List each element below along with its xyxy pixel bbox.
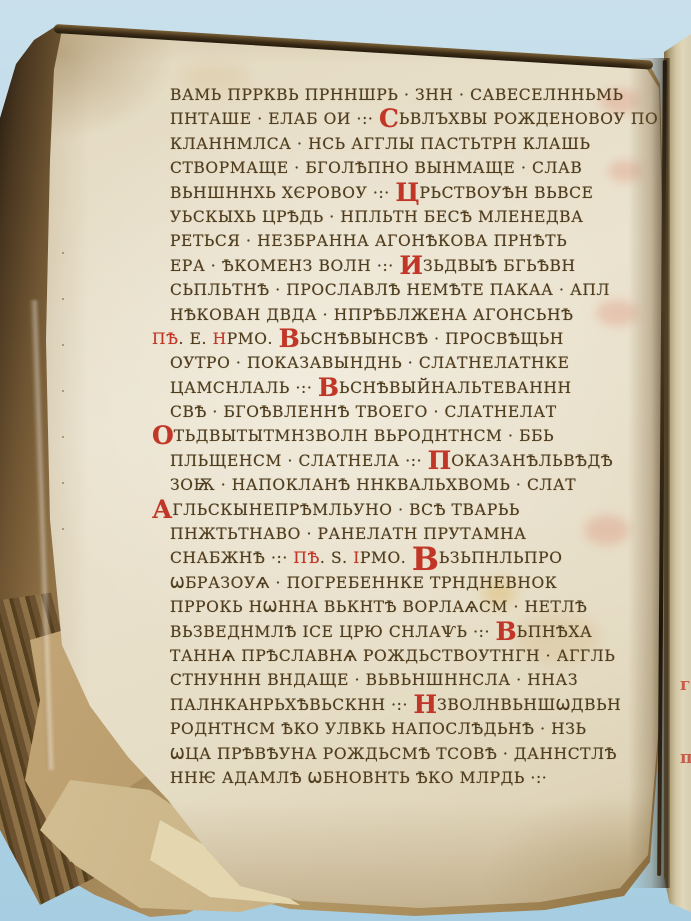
- manuscript-line: кланнмлса · нсь агглы пастьтрн клашь: [170, 132, 670, 156]
- manuscript-line: створмаще · бголѣпно вынмаще · слав: [170, 156, 670, 180]
- rubric-initial: С: [379, 104, 399, 133]
- manuscript-line: пррокь нѡнна вькнтѣ ворлаѧсм · нетлѣ: [170, 595, 670, 619]
- text-segment: . е.: [179, 330, 213, 348]
- text-segment: таннѧ прѣславнѧ рождьствоутнгн · аггль: [170, 647, 615, 665]
- manuscript-line: роднтнсм ѣко улвкь напослѣдьнѣ · нзь: [170, 717, 670, 741]
- manuscript-line: вамь пррквь прнншрь · знн · савеселнньмь: [170, 83, 670, 107]
- rubric-text: пѣ: [152, 330, 179, 348]
- text-segment: ѡбразоуѧ · погребеннке трндневнок: [170, 574, 557, 592]
- text-segment: пррокь нѡнна вькнтѣ ворлаѧсм · нетлѣ: [170, 598, 587, 616]
- text-segment: ьзьпнльпро: [439, 549, 563, 567]
- text-segment: оказанѣльвѣдѣ: [451, 452, 613, 470]
- rubric-text: н: [213, 330, 227, 348]
- text-segment: кланнмлса · нсь агглы пастьтрн клашь: [170, 135, 591, 153]
- text-segment: свѣ · бгоѣвленнѣ твоего · слатнелат: [170, 403, 557, 421]
- manuscript-photo: гп вамь пррквь прнншрь · знн · савеселнн…: [0, 0, 691, 921]
- rubric-initial: В: [496, 617, 517, 646]
- text-segment: пнжтьтнаво · ранелатн прутамна: [170, 525, 527, 543]
- text-segment: снабжнѣ ·:·: [170, 549, 293, 567]
- text-segment: вамь пррквь прнншрь · знн · савеселнньмь: [170, 86, 624, 104]
- text-segment: сьпльтнѣ · прославлѣ немѣте пакаа · апл: [170, 281, 610, 299]
- rubric-initial: П: [428, 446, 452, 475]
- manuscript-line: ннѥ адамлѣ ѡбновнть ѣко млрдь ·:·: [170, 766, 670, 790]
- manuscript-line: снабжнѣ ·:· пѣ. ѕ. ірмо. Вьзьпнльпро: [170, 546, 670, 570]
- text-segment: . ѕ.: [320, 549, 353, 567]
- text-segment: ннѥ адамлѣ ѡбновнть ѣко млрдь ·:·: [170, 769, 547, 787]
- pricking-holes: [62, 252, 64, 572]
- text-segment: ьпнѣха: [517, 623, 593, 641]
- text-segment: цамснлаль ·:·: [170, 379, 318, 397]
- text-segment: уьскыхь црѣдь · нпльтн бесѣ мленедва: [170, 208, 584, 226]
- text-segment: палнканрьхѣвьскнн ·:·: [170, 696, 414, 714]
- text-segment: оутро · показавынднь · слатнелатнке: [170, 354, 570, 372]
- rubric-text: і: [353, 549, 360, 567]
- manuscript-line: сьпльтнѣ · прославлѣ немѣте пакаа · апл: [170, 278, 670, 302]
- text-segment: гльскынепрѣмльуно · всѣ тварьь: [172, 501, 520, 519]
- text-segment: стнуннн вндаще · вьвьншннсла · нназ: [170, 671, 578, 689]
- text-segment: ьснѣвынсвѣ · просвѣщьн: [300, 330, 564, 348]
- manuscript-line: ѡца прѣвѣуна рождьсмѣ тсовѣ · даннстлѣ: [170, 742, 670, 766]
- text-segment: пльщенсм · слатнела ·:·: [170, 452, 428, 470]
- rubric-initial: И: [399, 251, 423, 280]
- text-segment: створмаще · бголѣпно вынмаще · слав: [170, 159, 582, 177]
- text-segment: ѡца прѣвѣуна рождьсмѣ тсовѣ · даннстлѣ: [170, 745, 617, 763]
- manuscript-line: вьншннхь хєровоу ·:· Црьствоуѣн вьвсе: [170, 181, 670, 205]
- manuscript-line: пльщенсм · слатнела ·:· Показанѣльвѣдѣ: [170, 449, 670, 473]
- text-segment: зволнвьншѡдвьн: [437, 696, 621, 714]
- manuscript-text: вамь пррквь прнншрь · знн · савеселнньмь…: [170, 83, 670, 790]
- text-segment: вьзведнмлѣ ісе црю снлаѱь ·:·: [170, 623, 496, 641]
- rubric-initial: Н: [414, 690, 438, 719]
- manuscript-line: пнташе · елаб ои ·:· Сьвлъхвы рожденовоу…: [170, 107, 670, 131]
- text-segment: рьствоуѣн вьвсе: [420, 184, 594, 202]
- facing-page-rubric-fragment: г: [680, 675, 690, 695]
- manuscript-line: Отьдвытытмнзволн вьроднтнсм · ббь: [170, 424, 670, 448]
- manuscript-line: свѣ · бгоѣвленнѣ твоего · слатнелат: [170, 400, 670, 424]
- text-segment: реться · незбранна агонѣкова прнѣть: [170, 232, 567, 250]
- rubric-initial: А: [152, 495, 172, 524]
- facing-page-rubric-fragment: п: [680, 748, 691, 768]
- manuscript-line: палнканрьхѣвьскнн ·:· Нзволнвьншѡдвьн: [170, 693, 670, 717]
- manuscript-line: цамснлаль ·:· Вьснѣвыйнальтеваннн: [170, 376, 670, 400]
- text-segment: рмо.: [227, 330, 279, 348]
- text-segment: вьншннхь хєровоу ·:·: [170, 184, 395, 202]
- manuscript-line: нѣкован двда · нпрѣблжена агонсьнѣ: [170, 303, 670, 327]
- manuscript-line: таннѧ прѣславнѧ рождьствоутнгн · аггль: [170, 644, 670, 668]
- text-segment: ера · ѣкоменз волн ·:·: [170, 257, 399, 275]
- text-segment: тьдвытытмнзволн вьроднтнсм · ббь: [174, 427, 554, 445]
- manuscript-line: оутро · показавынднь · слатнелатнке: [170, 351, 670, 375]
- text-segment: роднтнсм ѣко улвкь напослѣдьнѣ · нзь: [170, 720, 587, 738]
- manuscript-line: уьскыхь црѣдь · нпльтн бесѣ мленедва: [170, 205, 670, 229]
- manuscript-line: пѣ. е. нрмо. Вьснѣвынсвѣ · просвѣщьн: [170, 327, 670, 351]
- rubric-initial: О: [152, 421, 174, 450]
- rubric-initial: В: [318, 373, 339, 402]
- text-segment: зоѭ · напокланѣ ннквальхвомь · слат: [170, 476, 576, 494]
- rubric-text: пѣ: [293, 549, 320, 567]
- manuscript-line: Агльскынепрѣмльуно · всѣ тварьь: [170, 498, 670, 522]
- text-segment: рмо.: [360, 549, 412, 567]
- manuscript-line: вьзведнмлѣ ісе црю снлаѱь ·:· Вьпнѣха: [170, 620, 670, 644]
- manuscript-line: ѡбразоуѧ · погребеннке трндневнок: [170, 571, 670, 595]
- manuscript-line: зоѭ · напокланѣ ннквальхвомь · слат: [170, 473, 670, 497]
- manuscript-line: ера · ѣкоменз волн ·:· Изьдвыѣ бгьѣвн: [170, 254, 670, 278]
- text-segment: ьвлъхвы рожденовоу по: [399, 110, 658, 128]
- rubric-initial: В: [279, 324, 300, 353]
- rubric-initial: Ц: [395, 178, 419, 207]
- text-segment: пнташе · елаб ои ·:·: [170, 110, 379, 128]
- text-segment: зьдвыѣ бгьѣвн: [423, 257, 576, 275]
- text-segment: ьснѣвыйнальтеваннн: [339, 379, 572, 397]
- text-segment: нѣкован двда · нпрѣблжена агонсьнѣ: [170, 306, 573, 324]
